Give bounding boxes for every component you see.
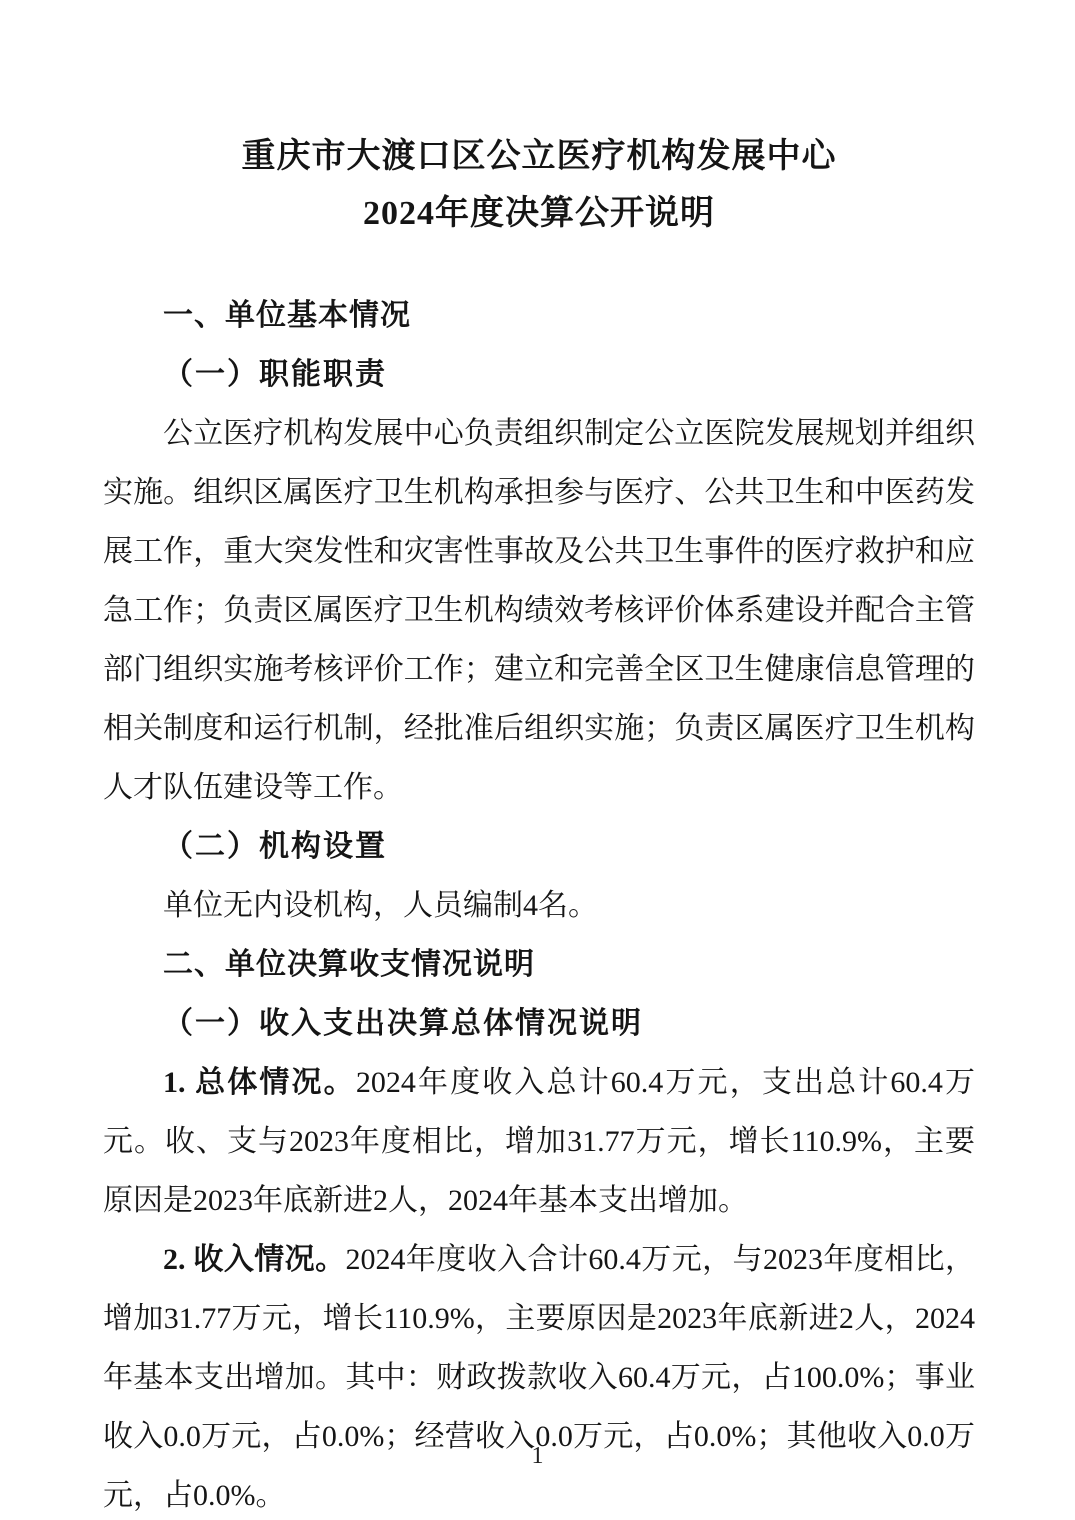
title-line-1: 重庆市大渡口区公立医疗机构发展中心	[103, 128, 975, 185]
paragraph-org-setup: 单位无内设机构，人员编制4名。	[103, 876, 975, 935]
document-body: 一、单位基本情况 （一）职能职责 公立医疗机构发展中心负责组织制定公立医院发展规…	[103, 286, 975, 1520]
paragraph-overall-situation: 1. 总体情况。2024年度收入总计60.4万元，支出总计60.4万元。收、支与…	[103, 1053, 975, 1230]
paragraph-income-situation: 2. 收入情况。2024年度收入合计60.4万元，与2023年度相比，增加31.…	[103, 1230, 975, 1520]
section-heading-final-accounts: 二、单位决算收支情况说明	[103, 935, 975, 994]
title-line-2: 2024年度决算公开说明	[103, 185, 975, 242]
subsection-heading-overall-income-expenditure: （一）收入支出决算总体情况说明	[103, 994, 975, 1053]
subsection-heading-functions-duties: （一）职能职责	[103, 345, 975, 404]
section-heading-unit-basic-info: 一、单位基本情况	[103, 286, 975, 345]
paragraph-text-income: 2024年度收入合计60.4万元，与2023年度相比，增加31.77万元，增长1…	[103, 1243, 975, 1512]
subsection-heading-org-setup: （二）机构设置	[103, 817, 975, 876]
paragraph-functions-duties: 公立医疗机构发展中心负责组织制定公立医院发展规划并组织实施。组织区属医疗卫生机构…	[103, 404, 975, 817]
document-title: 重庆市大渡口区公立医疗机构发展中心 2024年度决算公开说明	[103, 128, 975, 242]
paragraph-lead-income: 2. 收入情况。	[163, 1243, 345, 1276]
paragraph-lead-overall: 1. 总体情况。	[163, 1066, 356, 1099]
page-number: 1	[0, 1442, 1075, 1470]
document-page: 重庆市大渡口区公立医疗机构发展中心 2024年度决算公开说明 一、单位基本情况 …	[0, 0, 1075, 1520]
